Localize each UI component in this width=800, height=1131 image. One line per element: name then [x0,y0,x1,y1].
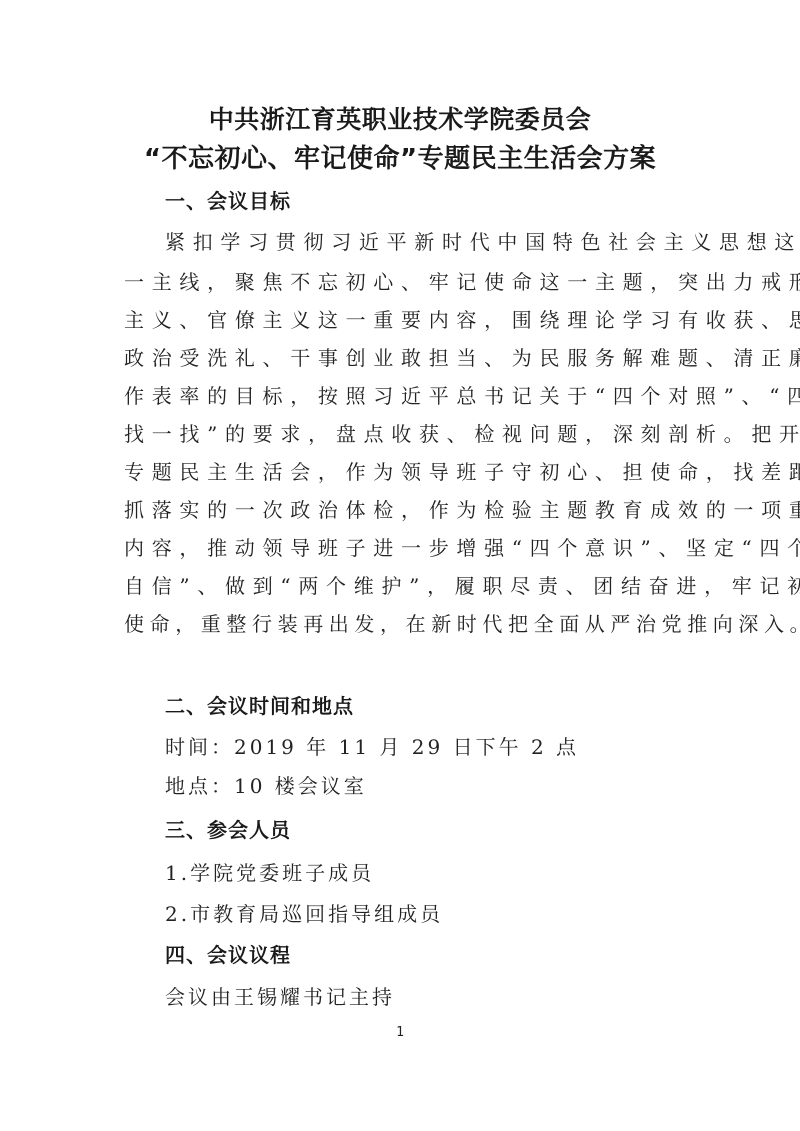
paragraph-line: 自信”、做到“两个维护”，履职尽责、团结奋进，牢记初心 [124,572,684,600]
paragraph-line: 主义、官僚主义这一重要内容，围绕理论学习有收获、思想 [124,306,684,334]
paragraph-line: 找一找”的要求，盘点收获、检视问题，深刻剖析。把开好 [124,420,684,448]
meeting-time: 时间：2019 年 11 月 29 日下午 2 点 [165,733,579,761]
paragraph-line: 抓落实的一次政治体检，作为检验主题教育成效的一项重要 [124,496,684,524]
page-number: 1 [0,1024,800,1042]
agenda-line: 会议由王锡耀书记主持 [165,983,395,1011]
paragraph-line: 政治受洗礼、干事创业敢担当、为民服务解难题、清正廉洁 [124,344,684,372]
attendee-item: 1.学院党委班子成员 [165,859,374,887]
document-page: 中共浙江育英职业技术学院委员会 “不忘初心、牢记使命”专题民主生活会方案 一、会… [0,0,800,1131]
section-heading-time-and-place: 二、会议时间和地点 [165,692,354,720]
paragraph-line: 紧扣学习贯彻习近平新时代中国特色社会主义思想这 [165,228,685,256]
meeting-location: 地点：10 楼会议室 [165,772,367,800]
paragraph-line: 一主线，聚焦不忘初心、牢记使命这一主题，突出力戒形式 [124,268,684,296]
paragraph-line: 专题民主生活会，作为领导班子守初心、担使命，找差距、 [124,458,684,486]
attendee-item: 2.市教育局巡回指导组成员 [165,900,443,928]
section-heading-agenda: 四、会议议程 [165,941,291,969]
section-heading-meeting-goal: 一、会议目标 [165,187,291,215]
paragraph-line: 内容，推动领导班子进一步增强“四个意识”、坚定“四个 [124,534,684,562]
document-title-organization: 中共浙江育英职业技术学院委员会 [0,104,800,136]
document-title-plan: “不忘初心、牢记使命”专题民主生活会方案 [0,143,800,175]
section-heading-attendees: 三、参会人员 [165,816,291,844]
paragraph-line: 使命，重整行装再出发，在新时代把全面从严治党推向深入。 [124,610,684,638]
paragraph-line: 作表率的目标，按照习近平总书记关于“四个对照”、“四个 [124,382,684,410]
